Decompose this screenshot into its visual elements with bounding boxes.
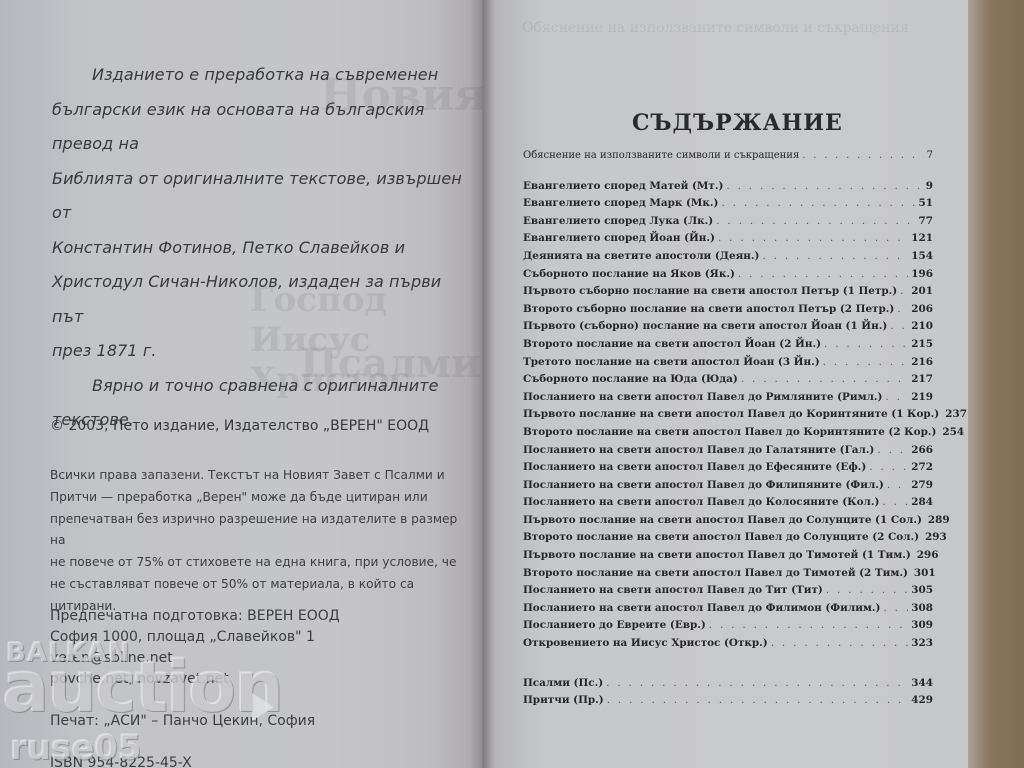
toc-entry: Третото послание на свети апостол Йоан (… (523, 356, 933, 374)
toc-entry: Първото послание на свети апостол Павел … (523, 408, 933, 426)
intro-line: Константин Фотинов, Петко Славейков и (52, 231, 472, 266)
toc-entry: Първото (съборно) послание на свети апос… (523, 320, 933, 338)
leader-dots (709, 619, 909, 631)
table-surface (968, 0, 1024, 768)
toc-entry-page: 237 (945, 408, 967, 420)
book-gutter (470, 0, 494, 768)
toc-entry: Обяснение на използваните символи и съкр… (523, 150, 933, 168)
leader-dots (900, 285, 908, 297)
toc-entry-page: 323 (911, 637, 933, 649)
toc-entry-page: 429 (911, 694, 933, 706)
toc-entry-page: 121 (911, 232, 933, 244)
toc-entry-title: Второто послание на свети апостол Йоан (… (523, 338, 821, 350)
toc-entry: Посланието на свети апостол Павел до Ефе… (523, 461, 933, 479)
toc-entry: Евангелието според Йоан (Йн.)121 (523, 232, 933, 250)
leader-dots (771, 637, 909, 649)
left-page: Новият Господ Иисус Христос Псалми Издан… (0, 0, 482, 768)
toc-entry-title: Посланието на свети апостол Павел до Ефе… (523, 461, 866, 473)
toc-entry-page: 9 (926, 180, 933, 192)
rights-line: не повече от 75% от стиховете на една кн… (50, 552, 470, 574)
toc-entry: Откровението на Иисус Христос (Откр.)323 (523, 637, 933, 655)
toc-entry-title: Деянията на светите апостоли (Деян.) (523, 250, 759, 262)
email-line: veren@sbline.net (50, 648, 470, 669)
toc-entry: Посланието на свети апостол Павел до Фил… (523, 479, 933, 497)
intro-line: Изданието е преработка на съвременен (52, 58, 472, 93)
toc-entry: Посланието до Евреите (Евр.)309 (523, 619, 933, 637)
rights-line: не съставляват повече от 50% от материал… (50, 574, 470, 596)
toc-entry: Второто послание на свети апостол Йоан (… (523, 338, 933, 356)
rights-notice: Всички права запазени. Текстът на Новият… (50, 465, 470, 618)
toc-entry: Първото послание на свети апостол Павел … (523, 514, 933, 532)
toc-entry-page: 77 (919, 215, 933, 227)
toc-entry: Евангелието според Матей (Мт.)9 (523, 180, 933, 198)
toc-entry: Първото съборно послание на свети апосто… (523, 285, 933, 303)
toc-entry-title: Второто съборно послание на свети апосто… (523, 303, 894, 315)
toc-entry: Псалми (Пс.)344 (523, 677, 933, 695)
toc-entry-title: Първото послание на свети апостол Павел … (523, 549, 911, 561)
toc-entry-page: 210 (911, 320, 933, 332)
leader-dots (606, 677, 908, 689)
toc-entry-page: 309 (911, 619, 933, 631)
watermark-play-icon (252, 693, 274, 721)
table-of-contents: Обяснение на използваните символи и съкр… (523, 150, 933, 712)
prepress-line: Предпечатна подготовка: ВЕРЕН ЕООД (50, 606, 470, 627)
toc-entry-title: Второто послание на свети апостол Павел … (523, 531, 919, 543)
leader-dots (890, 320, 908, 332)
toc-entry-title: Второто послание на свети апостол Павел … (523, 426, 936, 438)
leader-dots (869, 461, 908, 473)
toc-entry: Съборното послание на Яков (Як.)196 (523, 268, 933, 286)
leader-dots (607, 694, 909, 706)
toc-entry-page: 284 (911, 496, 933, 508)
intro-line: български език на основата на българския… (52, 93, 472, 162)
isbn-line: ISBN 954-8225-45-X (50, 753, 470, 768)
toc-entry-title: Евангелието според Лука (Лк.) (523, 215, 713, 227)
leader-dots (877, 444, 908, 456)
toc-entry-page: 254 (942, 426, 964, 438)
leader-dots (885, 391, 908, 403)
toc-entry-title: Откровението на Иисус Христос (Откр.) (523, 637, 768, 649)
toc-entry: Посланието на свети апостол Павел до Рим… (523, 391, 933, 409)
toc-entry-title: Първото послание на свети апостол Павел … (523, 514, 922, 526)
copyright-line: © 2003, Пето издание, Издателство „ВЕРЕН… (50, 418, 429, 434)
toc-entry-page: 217 (911, 373, 933, 385)
toc-entry-title: Обяснение на използваните символи и съкр… (523, 150, 799, 161)
toc-entry-title: Първото съборно послание на свети апосто… (523, 285, 897, 297)
toc-entry: Притчи (Пр.)429 (523, 694, 933, 712)
toc-entry-page: 216 (911, 356, 933, 368)
toc-entry-title: Първото послание на свети апостол Павел … (523, 408, 939, 420)
toc-entry-page: 154 (911, 250, 933, 262)
toc-entry-title: Първото (съборно) послание на свети апос… (523, 320, 887, 332)
leader-dots (738, 268, 908, 280)
toc-entry-page: 296 (917, 549, 939, 561)
toc-entry-title: Второто послание на свети апостол Павел … (523, 567, 908, 579)
toc-entry-title: Посланието на свети апостол Павел до Фил… (523, 602, 880, 614)
address-line: София 1000, площад „Славейков" 1 (50, 627, 470, 648)
leader-dots (802, 150, 923, 161)
toc-entry-page: 215 (911, 338, 933, 350)
toc-entry: Първото послание на свети апостол Павел … (523, 549, 933, 567)
toc-entry-page: 279 (911, 479, 933, 491)
publisher-info: Предпечатна подготовка: ВЕРЕН ЕООД София… (50, 606, 470, 768)
toc-entry-page: 7 (927, 150, 933, 161)
toc-entry: Съборното послание на Юда (Юда)217 (523, 373, 933, 391)
toc-entry: Второто съборно послание на свети апосто… (523, 303, 933, 321)
toc-entry-page: 196 (911, 268, 933, 280)
toc-entry: Второто послание на свети апостол Павел … (523, 531, 933, 549)
intro-line: Христодул Сичан-Николов, издаден за първ… (52, 265, 472, 334)
toc-entry-title: Притчи (Пр.) (523, 694, 604, 706)
rights-line: Притчи — преработка „Верен" може да бъде… (50, 487, 470, 509)
toc-entry: Второто послание на свети апостол Павел … (523, 567, 933, 585)
toc-entry-title: Евангелието според Матей (Мт.) (523, 180, 723, 192)
leader-dots (762, 250, 908, 262)
rights-line: Всички права запазени. Текстът на Новият… (50, 465, 470, 487)
toc-entry: Посланието на свети апостол Павел до Тит… (523, 584, 933, 602)
toc-entry-title: Посланието на свети апостол Павел до Фил… (523, 479, 884, 491)
leader-dots (741, 373, 908, 385)
toc-entry-title: Посланието на свети апостол Павел до Тит… (523, 584, 823, 596)
toc-entry-title: Псалми (Пс.) (523, 677, 603, 689)
leader-dots (726, 180, 922, 192)
leader-dots (826, 584, 908, 596)
toc-entry-page: 289 (928, 514, 950, 526)
toc-entry-page: 293 (925, 531, 947, 543)
leader-dots (721, 197, 915, 209)
toc-entry-page: 301 (914, 567, 936, 579)
leader-dots (897, 303, 908, 315)
toc-entry: Посланието на свети апостол Павел до Кол… (523, 496, 933, 514)
toc-entry-title: Евангелието според Марк (Мк.) (523, 197, 718, 209)
rights-line: препечатван без изрично разрешение на из… (50, 509, 470, 553)
toc-entry-page: 305 (911, 584, 933, 596)
intro-line: през 1871 г. (52, 334, 472, 369)
toc-entry-page: 201 (911, 285, 933, 297)
toc-entry-page: 51 (919, 197, 933, 209)
toc-entry: Евангелието според Лука (Лк.)77 (523, 215, 933, 233)
leader-dots (716, 215, 915, 227)
leader-dots (823, 356, 909, 368)
toc-entry: Второто послание на свети апостол Павел … (523, 426, 933, 444)
toc-entry-page: 206 (911, 303, 933, 315)
toc-entry-page: 308 (911, 602, 933, 614)
toc-entry-page: 219 (911, 391, 933, 403)
toc-entry: Евангелието според Марк (Мк.)51 (523, 197, 933, 215)
toc-entry-page: 266 (911, 444, 933, 456)
leader-dots (718, 232, 908, 244)
edition-note: Изданието е преработка на съвременен бъл… (52, 58, 472, 438)
toc-entry-page: 272 (911, 461, 933, 473)
toc-entry-title: Посланието на свети апостол Павел до Рим… (523, 391, 882, 403)
leader-dots (824, 338, 908, 350)
toc-entry-title: Третото послание на свети апостол Йоан (… (523, 356, 820, 368)
leader-dots (883, 602, 908, 614)
bleed-through-text: Обяснение на използваните символи и съкр… (522, 20, 909, 36)
toc-entry-title: Съборното послание на Яков (Як.) (523, 268, 735, 280)
toc-entry: Посланието на свети апостол Павел до Гал… (523, 444, 933, 462)
toc-entry-title: Евангелието според Йоан (Йн.) (523, 232, 715, 244)
intro-line: Библията от оригиналните текстове, извър… (52, 162, 472, 231)
leader-dots (882, 496, 908, 508)
toc-entry-page: 344 (911, 677, 933, 689)
toc-entry-title: Посланието до Евреите (Евр.) (523, 619, 706, 631)
toc-entry: Посланието на свети апостол Павел до Фил… (523, 602, 933, 620)
toc-entry-title: Съборното послание на Юда (Юда) (523, 373, 738, 385)
leader-dots (887, 479, 908, 491)
toc-entry-title: Посланието на свети апостол Павел до Гал… (523, 444, 874, 456)
websites-line: povche.net, novzavet.net (50, 669, 470, 690)
toc-entry-title: Посланието на свети апостол Павел до Кол… (523, 496, 879, 508)
toc-title: СЪДЪРЖАНИЕ (632, 110, 843, 136)
intro-line: Вярно и точно сравнена с оригиналните (52, 369, 472, 404)
toc-entry: Деянията на светите апостоли (Деян.)154 (523, 250, 933, 268)
